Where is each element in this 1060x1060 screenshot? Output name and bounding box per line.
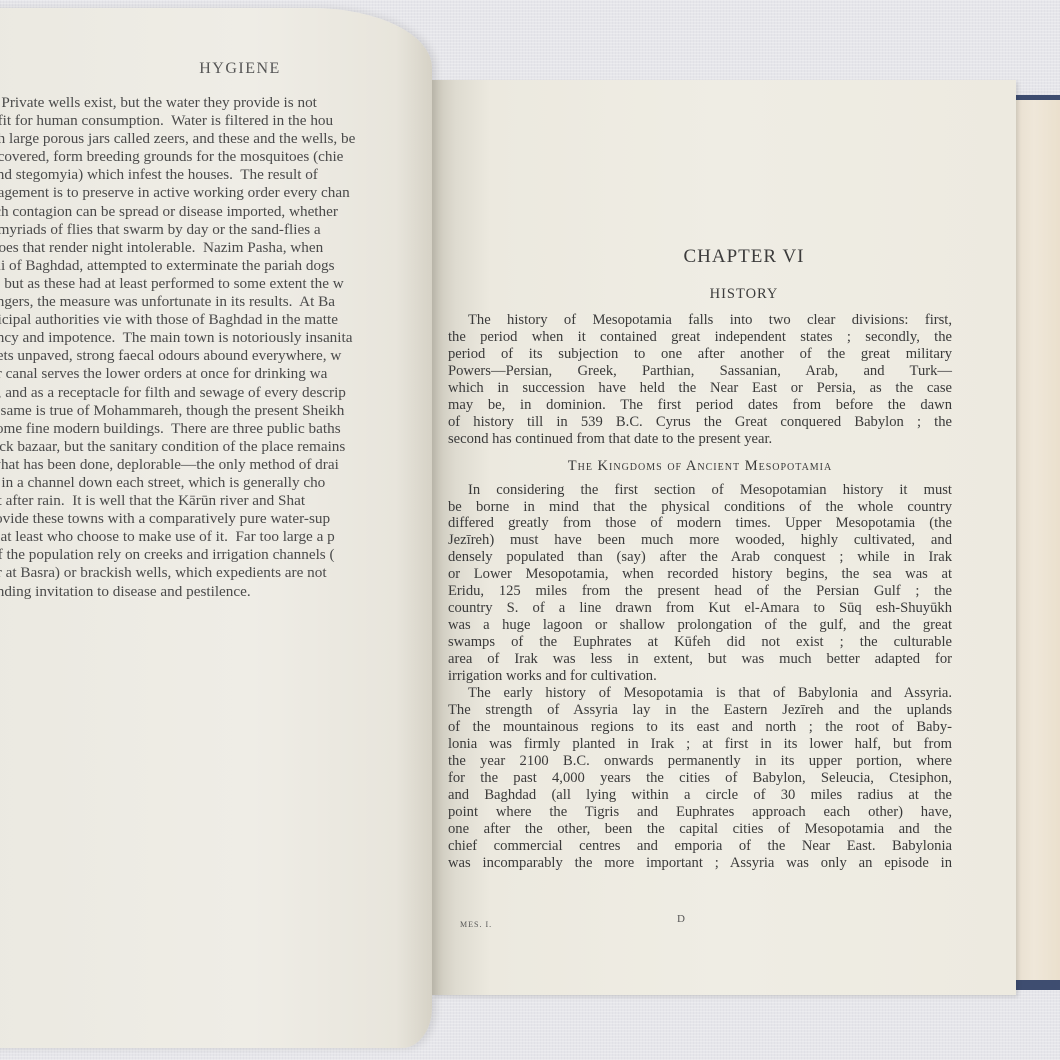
text-line: of the mountainous regions to its east a… — [448, 719, 952, 736]
text-line: irrigation works and for cultivation. — [448, 668, 952, 685]
text-line: rovide these towns with a comparatively … — [0, 510, 432, 528]
text-line: Eridu, 125 miles from the present head o… — [448, 583, 952, 600]
text-line: ncovered, form breeding grounds for the … — [0, 148, 432, 166]
text-line: Jezīreh) must have been much more wooded… — [448, 532, 952, 549]
text-line: one after the other, been the capital ci… — [448, 821, 952, 838]
text-line: e same is true of Mohammareh, though the… — [0, 402, 432, 420]
section-heading: The Kingdoms of Ancient Mesopotamia — [448, 458, 952, 475]
text-line: ich contagion can be spread or disease i… — [0, 203, 432, 221]
text-line: be borne in mind that the physical condi… — [448, 499, 952, 516]
text-line: second has continued from that date to t… — [448, 431, 952, 448]
text-line: nicipal authorities vie with those of Ba… — [0, 311, 432, 329]
text-line: ali of Baghdad, attempted to exterminate… — [0, 257, 432, 275]
text-line: engers, the measure was unfortunate in i… — [0, 293, 432, 311]
text-line: was a huge lagoon or shallow prolongatio… — [448, 617, 952, 634]
text-line: In considering the first section of Meso… — [448, 482, 952, 499]
left-page-body: Private wells exist, but the water they … — [0, 94, 432, 601]
left-page: HYGIENE Private wells exist, but the wat… — [0, 8, 432, 1048]
text-line: country S. of a line drawn from Kut el-A… — [448, 600, 952, 617]
signature-letter: D — [677, 913, 685, 925]
intro-paragraph: The history of Mesopotamia falls into tw… — [448, 312, 952, 448]
text-line: the period when it contained great indep… — [448, 329, 952, 346]
text-line: for the past 4,000 years the cities of B… — [448, 770, 952, 787]
text-line: which in succession have held the Near E… — [448, 380, 952, 397]
text-line: g, and as a receptacle for filth and sew… — [0, 384, 432, 402]
text-line: anding invitation to disease and pestile… — [0, 583, 432, 601]
text-line: densely populated than (say) after the A… — [448, 549, 952, 566]
text-line: of history till in 539 B.C. Cyrus the Gr… — [448, 414, 952, 431]
text-line: differed greatly from those of modern ti… — [448, 515, 952, 532]
text-line: itoes that render night intolerable. Naz… — [0, 239, 432, 257]
text-line: may be, in dominion. The first period da… — [448, 397, 952, 414]
right-page-body: The history of Mesopotamia falls into tw… — [448, 312, 952, 872]
right-page: CHAPTER VI HISTORY The history of Mesopo… — [432, 80, 1016, 995]
chapter-heading: CHAPTER VI — [432, 246, 1016, 268]
text-line: The strength of Assyria lay in the Easte… — [448, 702, 952, 719]
text-line: some fine modern buildings. There are th… — [0, 420, 432, 438]
running-head: HYGIENE — [180, 60, 300, 78]
text-line: swamps of the Euphrates at Kūfeh did not… — [448, 634, 952, 651]
paragraph-2: In considering the first section of Meso… — [448, 482, 952, 685]
text-line: point where the Tigris and Euphrates app… — [448, 804, 952, 821]
text-line: eets unpaved, strong faecal odours aboun… — [0, 347, 432, 365]
paragraph-3: The early history of Mesopotamia is that… — [448, 685, 952, 871]
text-line: ar canal serves the lower orders at once… — [0, 365, 432, 383]
text-line: g in a channel down each street, which i… — [0, 474, 432, 492]
text-line: or Lower Mesopotamia, when recorded hist… — [448, 566, 952, 583]
text-line: ar at Basra) or brackish wells, which ex… — [0, 564, 432, 582]
printer-signature: MES. I. — [460, 920, 492, 929]
text-line: myriads of flies that swarm by day or th… — [0, 221, 432, 239]
text-line: the year 2100 B.C. onwards permanently i… — [448, 753, 952, 770]
text-line: rick bazaar, but the sanitary condition … — [0, 438, 432, 456]
text-line: y, but as these had at least performed t… — [0, 275, 432, 293]
text-line: ency and impotence. The main town is not… — [0, 329, 432, 347]
text-line: The history of Mesopotamia falls into tw… — [448, 312, 952, 329]
text-line: what has been done, deplorable—the only … — [0, 456, 432, 474]
text-line: fit for human consumption. Water is filt… — [0, 112, 432, 130]
text-line: chief commercial centres and emporia of … — [448, 838, 952, 855]
text-line: of the population rely on creeks and irr… — [0, 546, 432, 564]
text-line: and stegomyia) which infest the houses. … — [0, 166, 432, 184]
text-line: pt after rain. It is well that the Kārūn… — [0, 492, 432, 510]
text-line: was incomparably the more important ; As… — [448, 855, 952, 872]
text-line: lonia was firmly planted in Irak ; at fi… — [448, 736, 952, 753]
text-line: period of its subjection to one after an… — [448, 346, 952, 363]
text-line: nagement is to preserve in active workin… — [0, 184, 432, 202]
text-line: area of Irak was less in extent, but was… — [448, 651, 952, 668]
text-line: Powers—Persian, Greek, Parthian, Sassani… — [448, 363, 952, 380]
text-line: gh large porous jars called zeers, and t… — [0, 130, 432, 148]
text-line: The early history of Mesopotamia is that… — [448, 685, 952, 702]
text-line: and Baghdad (all lying within a circle o… — [448, 787, 952, 804]
text-line: e at least who choose to make use of it.… — [0, 528, 432, 546]
text-line: Private wells exist, but the water they … — [0, 94, 432, 112]
chapter-title: HISTORY — [432, 286, 1016, 303]
